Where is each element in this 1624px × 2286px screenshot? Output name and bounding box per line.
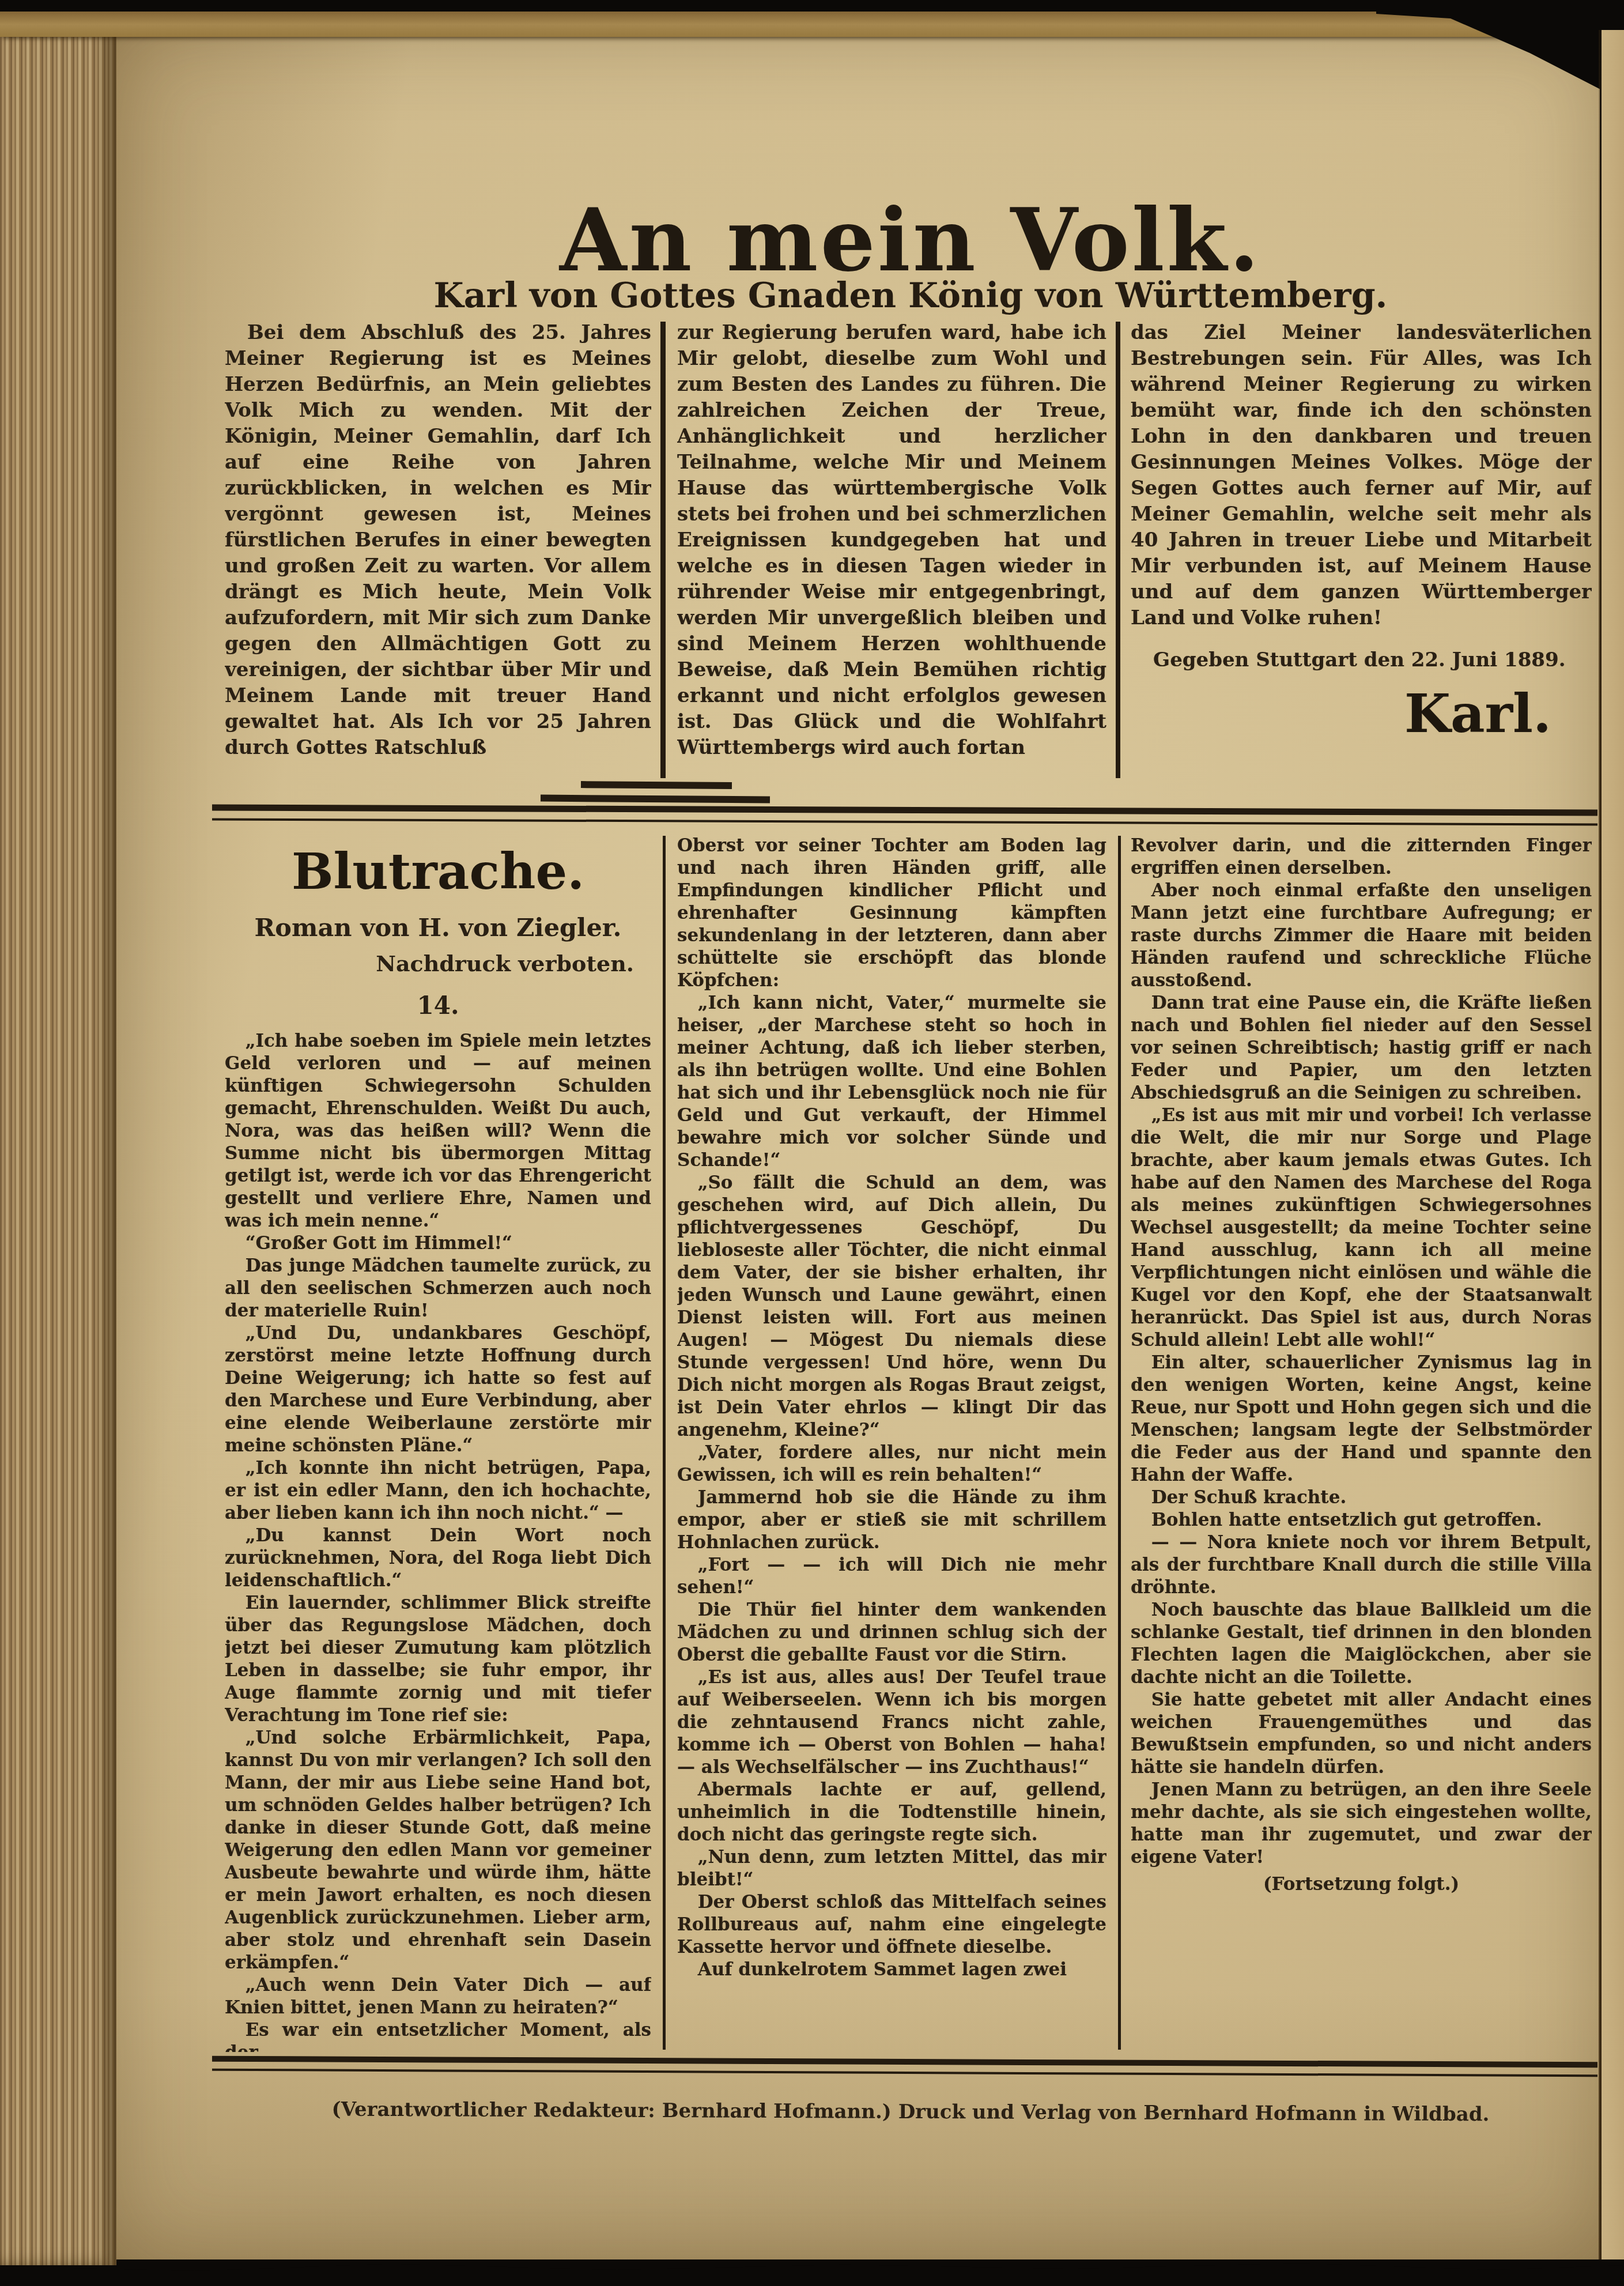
paragraph: Bohlen hatte entsetzlich gut getroffen. xyxy=(1131,1509,1592,1531)
paragraph: „Ich kann nicht, Vater,“ murmelte sie he… xyxy=(677,992,1106,1172)
serial-column-1-body: „Ich habe soeben im Spiele mein letztes … xyxy=(225,1030,651,2052)
paragraph: Oberst vor seiner Tochter am Boden lag u… xyxy=(677,835,1106,992)
paragraph: Jammernd hob sie die Hände zu ihm empor,… xyxy=(677,1487,1106,1554)
paragraph: „Und Du, undankbares Geschöpf, zerstörst… xyxy=(225,1322,651,1457)
proclamation-column-1: Bei dem Abschluß des 25. Jahres Meiner R… xyxy=(225,320,651,781)
serial-copyright-notice: Nachdruck verboten. xyxy=(225,950,634,976)
paragraph: Dann trat eine Pause ein, die Kräfte lie… xyxy=(1131,992,1592,1104)
column-rule xyxy=(660,322,666,778)
paragraph: „Ich konnte ihn nicht betrügen, Papa, er… xyxy=(225,1457,651,1525)
serial-column-2: Oberst vor seiner Tochter am Boden lag u… xyxy=(677,835,1106,2052)
paragraph: „Nun denn, zum letzten Mittel, das mir b… xyxy=(677,1846,1106,1891)
paragraph: (Fortsetzung folgt.) xyxy=(1131,1873,1592,1896)
paragraph: „Du kannst Dein Wort noch zurücknehmen, … xyxy=(225,1525,651,1592)
paragraph: Ein lauernder, schlimmer Blick streifte … xyxy=(225,1592,651,1727)
paragraph: Bei dem Abschluß des 25. Jahres Meiner R… xyxy=(225,320,651,761)
paragraph: Aber noch einmal erfaßte den unseligen M… xyxy=(1131,880,1592,992)
paragraph: — — Nora kniete noch vor ihrem Betpult, … xyxy=(1131,1531,1592,1599)
section-divider-short xyxy=(581,781,732,789)
paragraph: Auf dunkelrotem Sammet lagen zwei xyxy=(677,1959,1106,1981)
paragraph: Es war ein entsetzlicher Moment, als der xyxy=(225,2019,651,2052)
proclamation-column-3: das Ziel Meiner landesväterlichen Bestre… xyxy=(1131,320,1592,781)
serial-chapter-number: 14. xyxy=(225,991,651,1020)
paragraph: „Fort — — ich will Dich nie mehr sehen!“ xyxy=(677,1554,1106,1599)
paragraph: Sie hatte gebetet mit aller Andacht eine… xyxy=(1131,1689,1592,1779)
paragraph: Ein alter, schauerlicher Zynismus lag in… xyxy=(1131,1352,1592,1487)
paragraph: “Großer Gott im Himmel!“ xyxy=(225,1232,651,1255)
paragraph: „Ich habe soeben im Spiele mein letztes … xyxy=(225,1030,651,1232)
paragraph: Der Schuß krachte. xyxy=(1131,1487,1592,1509)
serial-byline: Roman von H. von Ziegler. xyxy=(225,914,651,942)
paragraph: „Vater, fordere alles, nur nicht mein Ge… xyxy=(677,1442,1106,1487)
paragraph: Jenen Mann zu betrügen, an den ihre Seel… xyxy=(1131,1779,1592,1869)
masthead-subtitle: Karl von Gottes Gnaden König von Württem… xyxy=(222,276,1599,316)
paragraph: „So fällt die Schuld an dem, was gescheh… xyxy=(677,1172,1106,1442)
paragraph: das Ziel Meiner landesväterlichen Bestre… xyxy=(1131,320,1592,631)
paragraph: Revolver darin, und die zitternden Finge… xyxy=(1131,835,1592,880)
paragraph: Karl. xyxy=(1131,686,1592,742)
paragraph: Die Thür fiel hinter dem wankenden Mädch… xyxy=(677,1599,1106,1666)
paragraph: „Es ist aus mit mir und vorbei! Ich verl… xyxy=(1131,1104,1592,1352)
newspaper-scan-page: An mein Volk. Karl von Gottes Gnaden Kön… xyxy=(0,0,1624,2286)
paragraph: Abermals lachte er auf, gellend, unheiml… xyxy=(677,1779,1106,1846)
serial-column-3: Revolver darin, und die zitternden Finge… xyxy=(1131,835,1592,2052)
column-rule xyxy=(1116,322,1120,778)
book-page-edges xyxy=(0,23,116,2265)
paragraph: „Und solche Erbärmlichkeit, Papa, kannst… xyxy=(225,1727,651,1974)
adjacent-page-sliver xyxy=(1602,30,1624,2259)
paragraph: zur Regierung berufen ward, habe ich Mir… xyxy=(677,320,1106,761)
paragraph: Der Oberst schloß das Mittelfach seines … xyxy=(677,1891,1106,1959)
paragraph: Noch bauschte das blaue Ballkleid um die… xyxy=(1131,1599,1592,1689)
paragraph: Das junge Mädchen taumelte zurück, zu al… xyxy=(225,1255,651,1322)
serial-title: Blutrache. xyxy=(225,843,651,901)
serial-column-1: Blutrache. Roman von H. von Ziegler. Nac… xyxy=(225,835,651,2052)
proclamation-column-2: zur Regierung berufen ward, habe ich Mir… xyxy=(677,320,1106,781)
column-rule xyxy=(1118,836,1121,2050)
column-rule xyxy=(663,836,666,2050)
paragraph: Gegeben Stuttgart den 22. Juni 1889. xyxy=(1131,647,1592,673)
paragraph: „Auch wenn Dein Vater Dich — auf Knien b… xyxy=(225,1974,651,2019)
paragraph: „Es ist aus, alles aus! Der Teufel traue… xyxy=(677,1666,1106,1779)
